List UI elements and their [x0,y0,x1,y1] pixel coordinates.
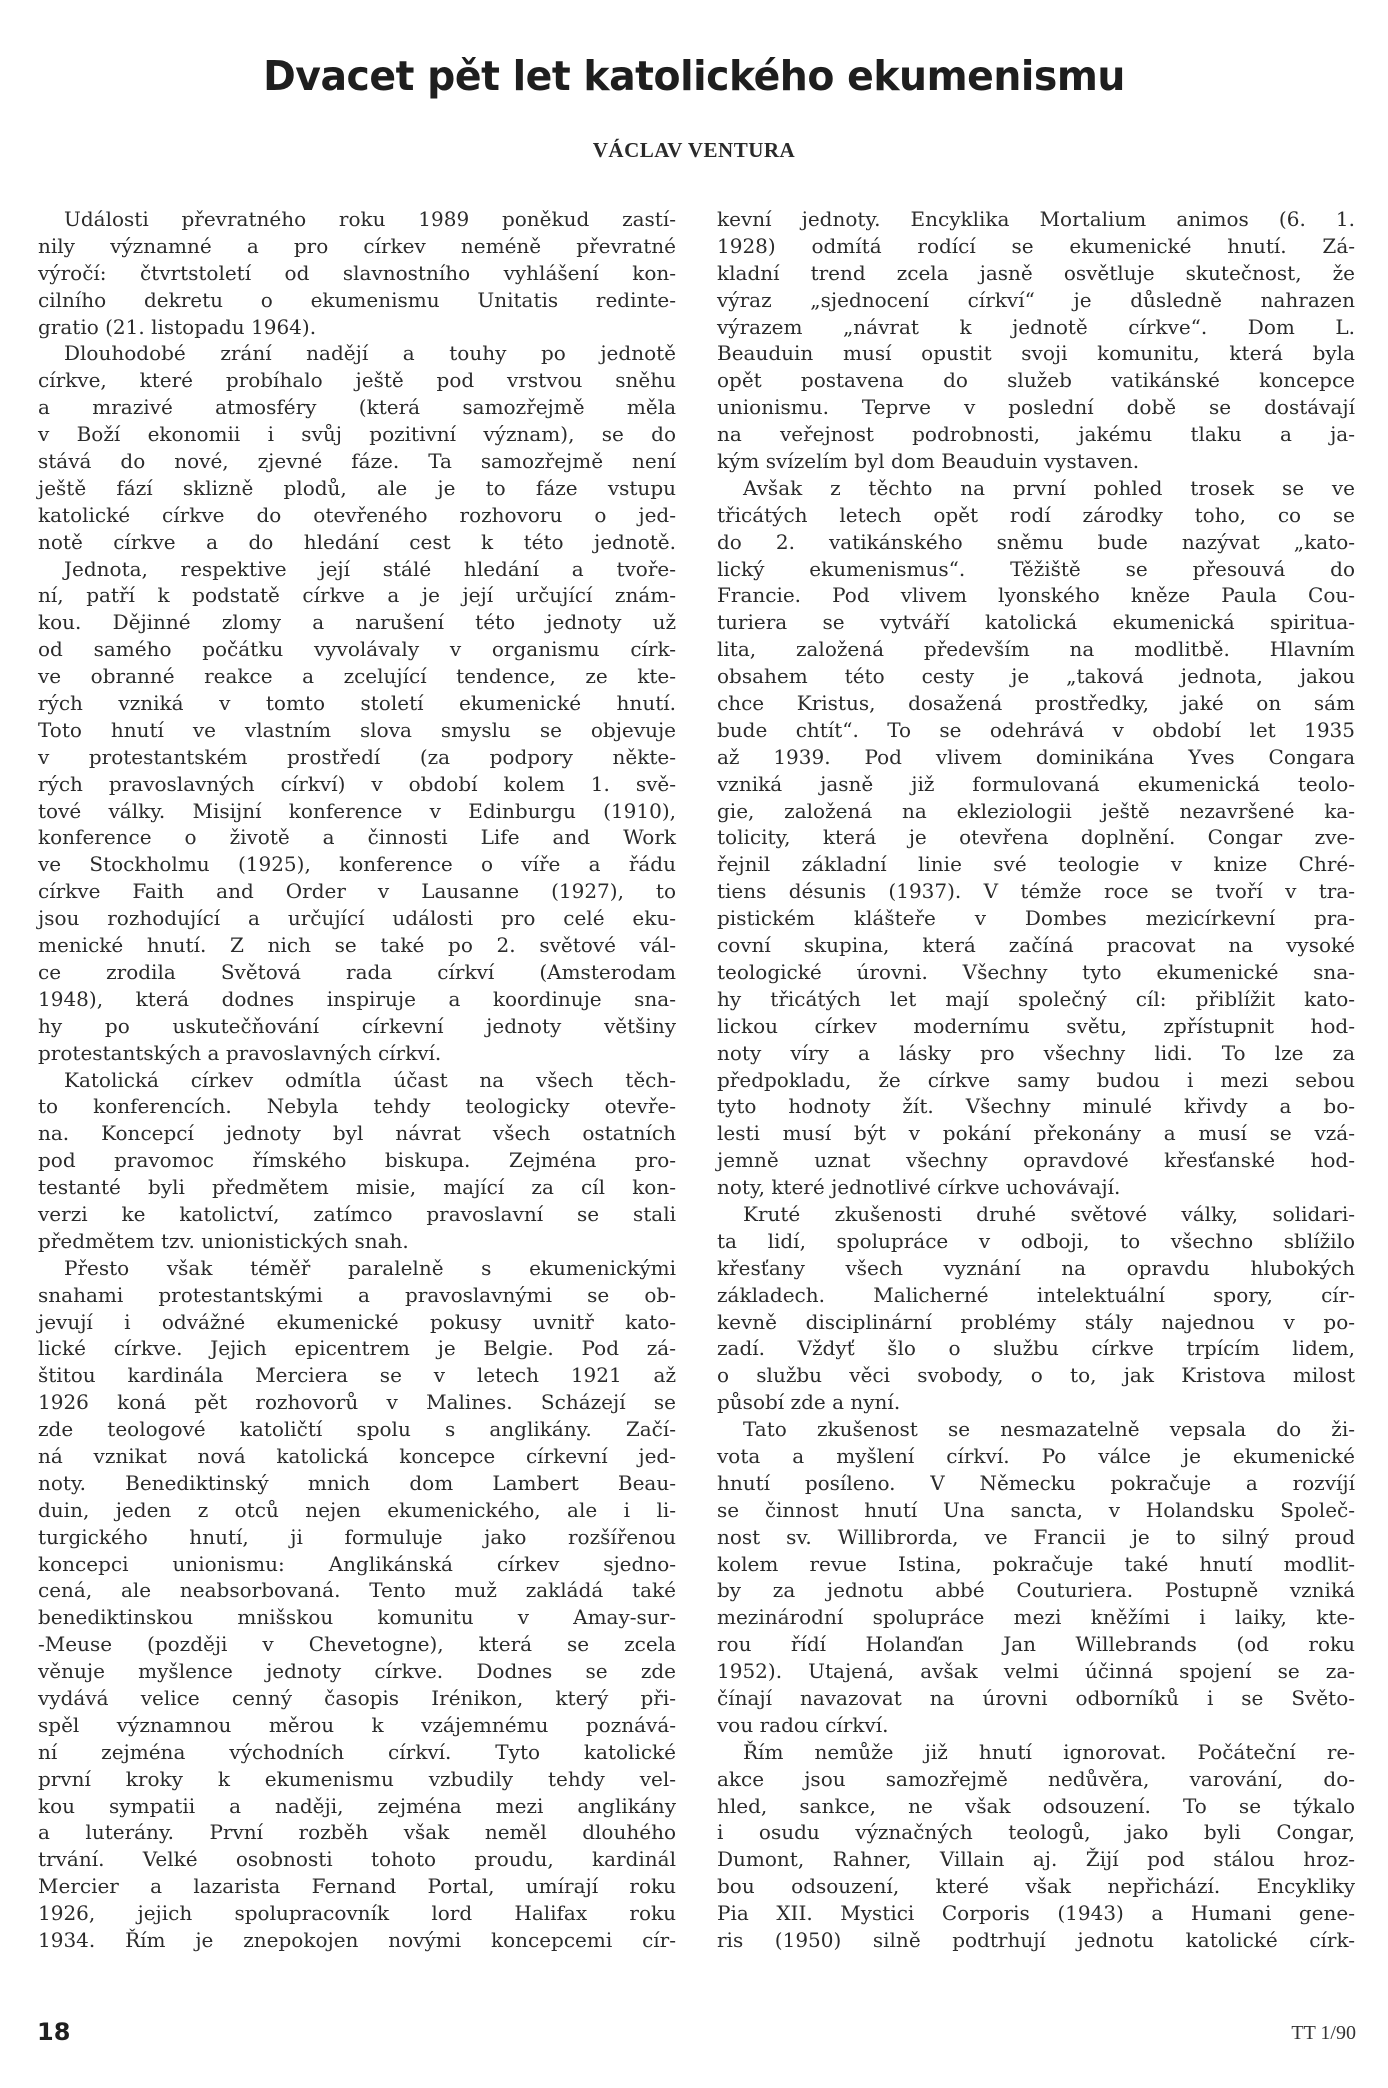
text-line: základech. Malicherné intelektuální spor… [717,1282,1355,1309]
text-line: rou řídí Holanďan Jan Willebrands (od ro… [717,1631,1355,1658]
text-line: benediktinskou mnišskou komunitu v Amay-… [38,1604,676,1631]
text-line: lesti musí být v pokání překonány a musí… [717,1120,1355,1147]
text-line: předmětem tzv. unionistických snah. [38,1228,676,1255]
text-line: snahami protestantskými a pravoslavnými … [38,1282,676,1309]
text-line: tové války. Misijní konference v Edinbur… [38,798,676,825]
text-line: jemně uznat všechny opravdové křesťanské… [717,1147,1355,1174]
text-line: katolické církve do otevřeného rozhovoru… [38,502,676,529]
text-line: 1934. Řím je znepokojen novými koncepcem… [38,1927,676,1954]
text-line: lický ekumenismus“. Těžiště se přesouvá … [717,556,1355,583]
text-line: jevují i odvážné ekumenické pokusy uvnit… [38,1309,676,1336]
text-line: působí zde a nyní. [717,1389,1355,1416]
text-line: stává do nové, zjevné fáze. Ta samozřejm… [38,448,676,475]
text-line: to konferencích. Nebyla tehdy teologicky… [38,1093,676,1120]
text-line: o službu věci svobody, o to, jak Kristov… [717,1362,1355,1389]
text-line: turgického hnutí, ji formuluje jako rozš… [38,1524,676,1551]
text-line: Mercier a lazarista Fernand Portal, umír… [38,1873,676,1900]
text-line: obsahem této cesty je „taková jednota, j… [717,663,1355,690]
text-line: verzi ke katolictví, zatímco pravoslavní… [38,1201,676,1228]
text-line: rých vzniká v tomto století ekumenické h… [38,690,676,717]
text-line: čínají navazovat na úrovni odborníků i s… [717,1685,1355,1712]
text-line: Pia XII. Mystici Corporis (1943) a Human… [717,1900,1355,1927]
text-line: noty, které jednotlivé církve uchovávají… [717,1174,1355,1201]
text-line: hy po uskutečňování církevní jednoty vět… [38,1013,676,1040]
text-line: kevní jednoty. Encyklika Mortalium animo… [717,206,1355,233]
text-line: cilního dekretu o ekumenismu Unitatis re… [38,287,676,314]
text-line: věnuje myšlence jednoty církve. Dodnes s… [38,1658,676,1685]
text-line: církve, které probíhalo ještě pod vrstvo… [38,367,676,394]
text-line: předpokladu, že církve samy budou i mezi… [717,1067,1355,1094]
text-line: křesťany všech vyznání na opravdu hlubok… [717,1255,1355,1282]
text-line: Dlouhodobé zrání nadějí a touhy po jedno… [38,340,676,367]
text-line: ve Stockholmu (1925), konference o víře … [38,851,676,878]
text-line: řejnil základní linie své teologie v kni… [717,851,1355,878]
article-author: VÁCLAV VENTURA [0,138,1388,163]
text-line: v protestantském prostředí (za podpory n… [38,744,676,771]
text-line: testanté byli předmětem misie, mající za… [38,1174,676,1201]
text-line: ní, patří k podstatě církve a je její ur… [38,582,676,609]
text-line: kým svízelím byl dom Beauduin vystaven. [717,448,1355,475]
text-line: první kroky k ekumenismu vzbudily tehdy … [38,1766,676,1793]
text-line: bude chtít“. To se odehrává v období let… [717,717,1355,744]
text-line: spěl významnou měrou k vzájemnému poznáv… [38,1712,676,1739]
text-line: akce jsou samozřejmě nedůvěra, varování,… [717,1766,1355,1793]
text-line: do 2. vatikánského sněmu bude nazývat „k… [717,529,1355,556]
text-line: Tato zkušenost se nesmazatelně vepsala d… [717,1416,1355,1443]
text-line: vota a myšlení církví. Po válce je ekume… [717,1443,1355,1470]
text-line: výrazem „návrat k jednotě církve“. Dom L… [717,314,1355,341]
text-line: tolicity, která je otevřena doplnění. Co… [717,824,1355,851]
text-line: Události převratného roku 1989 poněkud z… [38,206,676,233]
text-line: ještě fází sklizně plodů, ale je to fáze… [38,475,676,502]
text-line: Řím nemůže již hnutí ignorovat. Počátečn… [717,1739,1355,1766]
text-line: -Meuse (později v Chevetogne), která se … [38,1631,676,1658]
text-line: notě církve a do hledání cest k této jed… [38,529,676,556]
text-line: a mrazivé atmosféry (která samozřejmě mě… [38,394,676,421]
text-line: kolem revue Istina, pokračuje také hnutí… [717,1551,1355,1578]
text-line: jsou rozhodující a určující události pro… [38,905,676,932]
text-line: konference o životě a činnosti Life and … [38,824,676,851]
text-line: mezinárodní spolupráce mezi kněžími i la… [717,1604,1355,1631]
text-line: kou sympatii a naději, zejména mezi angl… [38,1793,676,1820]
text-line: vydává velice cenný časopis Irénikon, kt… [38,1685,676,1712]
text-line: Katolická církev odmítla účast na všech … [38,1067,676,1094]
text-line: ta lidí, spolupráce v odboji, to všechno… [717,1228,1355,1255]
text-line: menické hnutí. Z nich se také po 2. svět… [38,932,676,959]
text-line: zadí. Vždyť šlo o službu církve trpícím … [717,1335,1355,1362]
text-line: a luterány. První rozběh však neměl dlou… [38,1819,676,1846]
text-line: ná vznikat nová katolická koncepce círke… [38,1443,676,1470]
text-line: tyto hodnoty žít. Všechny minulé křivdy … [717,1093,1355,1120]
text-line: pistickém klášteře v Dombes mezicírkevní… [717,905,1355,932]
text-line: Přesto však téměř paralelně s ekumenický… [38,1255,676,1282]
text-line: unionismu. Teprve v poslední době se dos… [717,394,1355,421]
text-line: Kruté zkušenosti druhé světové války, so… [717,1201,1355,1228]
article-title: Dvacet pět let katolického ekumenismu [28,52,1360,100]
text-line: výraz „sjednocení církví“ je důsledně na… [717,287,1355,314]
text-line: pod pravomoc římského biskupa. Zejména p… [38,1147,676,1174]
text-line: koncepci unionismu: Anglikánská církev s… [38,1551,676,1578]
text-line: vzniká jasně již formulovaná ekumenická … [717,771,1355,798]
page-number: 18 [37,2018,70,2046]
text-line: ní zejména východních církví. Tyto katol… [38,1739,676,1766]
text-line: by za jednotu abbé Couturiera. Postupně … [717,1577,1355,1604]
text-line: 1948), která dodnes inspiruje a koordinu… [38,986,676,1013]
text-line: lickou církev modernímu světu, zpřístupn… [717,1013,1355,1040]
text-line: Jednota, respektive její stálé hledání a… [38,556,676,583]
text-line: hled, sankce, ne však odsouzení. To se t… [717,1793,1355,1820]
text-line: na veřejnost podrobnosti, jakému tlaku a… [717,421,1355,448]
text-line: zde teologové katoličtí spolu s anglikán… [38,1416,676,1443]
text-line: kevně disciplinární problémy stály najed… [717,1309,1355,1336]
text-line: lické církve. Jejich epicentrem je Belgi… [38,1335,676,1362]
text-line: církve Faith and Order v Lausanne (1927)… [38,878,676,905]
text-line: v Boží ekonomii i svůj pozitivní význam)… [38,421,676,448]
text-line: Avšak z těchto na první pohled trosek se… [717,475,1355,502]
text-line: i osudu význačných teologů, jako byli Co… [717,1819,1355,1846]
text-line: 1928) odmítá rodící se ekumenické hnutí.… [717,233,1355,260]
text-line: 1926 koná pět rozhovorů v Malines. Scház… [38,1389,676,1416]
text-line: výročí: čtvrtstoletí od slavnostního vyh… [38,260,676,287]
text-line: vou radou církví. [717,1712,1355,1739]
text-line: nost sv. Willibrorda, ve Francii je to s… [717,1524,1355,1551]
text-line: noty. Benediktinský mnich dom Lambert Be… [38,1470,676,1497]
right-column: kevní jednoty. Encyklika Mortalium animo… [717,206,1355,1954]
text-line: tiens désunis (1937). V témže roce se tv… [717,878,1355,905]
text-line: se činnost hnutí Una sancta, v Holandsku… [717,1497,1355,1524]
text-line: gie, založená na ekleziologii ještě neza… [717,798,1355,825]
text-line: opět postavena do služeb vatikánské konc… [717,367,1355,394]
text-line: cená, ale neabsorbovaná. Tento muž zaklá… [38,1577,676,1604]
text-line: rých pravoslavných církví) v období kole… [38,771,676,798]
text-line: až 1939. Pod vlivem dominikána Yves Cong… [717,744,1355,771]
left-column: Události převratného roku 1989 poněkud z… [38,206,676,1954]
text-line: trvání. Velké osobnosti tohoto proudu, k… [38,1846,676,1873]
text-line: noty víry a lásky pro všechny lidi. To l… [717,1040,1355,1067]
text-line: třicátých letech opět rodí zárodky toho,… [717,502,1355,529]
text-line: ce zrodila Světová rada církví (Amsterod… [38,959,676,986]
text-line: turiera se vytváří katolická ekumenická … [717,609,1355,636]
text-line: Francie. Pod vlivem lyonského kněze Paul… [717,582,1355,609]
text-line: teologické úrovni. Všechny tyto ekumenic… [717,959,1355,986]
text-line: štitou kardinála Merciera se v letech 19… [38,1362,676,1389]
text-line: na. Koncepcí jednoty byl návrat všech os… [38,1120,676,1147]
text-line: kladní trend zcela jasně osvětluje skute… [717,260,1355,287]
text-line: Toto hnutí ve vlastním slova smyslu se o… [38,717,676,744]
text-line: ris (1950) silně podtrhují jednotu katol… [717,1927,1355,1954]
text-line: hy třicátých let mají společný cíl: přib… [717,986,1355,1013]
text-line: Beauduin musí opustit svoji komunitu, kt… [717,340,1355,367]
text-line: 1952). Utajená, avšak velmi účinná spoje… [717,1658,1355,1685]
text-line: bou odsouzení, které však nepřichází. En… [717,1873,1355,1900]
text-line: Dumont, Rahner, Villain aj. Žijí pod stá… [717,1846,1355,1873]
text-line: hnutí posíleno. V Německu pokračuje a ro… [717,1470,1355,1497]
text-line: 1926, jejich spolupracovník lord Halifax… [38,1900,676,1927]
text-line: duin, jeden z otců nejen ekumenického, a… [38,1497,676,1524]
issue-label: TT 1/90 [1291,2022,1356,2045]
text-line: gratio (21. listopadu 1964). [38,314,676,341]
text-line: ve obranné reakce a zcelující tendence, … [38,663,676,690]
text-line: chce Kristus, dosažená prostředky, jaké … [717,690,1355,717]
text-line: lita, založená především na modlitbě. Hl… [717,636,1355,663]
text-line: od samého počátku vyvolávaly v organismu… [38,636,676,663]
text-line: protestantských a pravoslavných církví. [38,1040,676,1067]
text-line: kou. Dějinné zlomy a narušení této jedno… [38,609,676,636]
text-line: covní skupina, která začíná pracovat na … [717,932,1355,959]
text-line: nily významné a pro církev neméně převra… [38,233,676,260]
